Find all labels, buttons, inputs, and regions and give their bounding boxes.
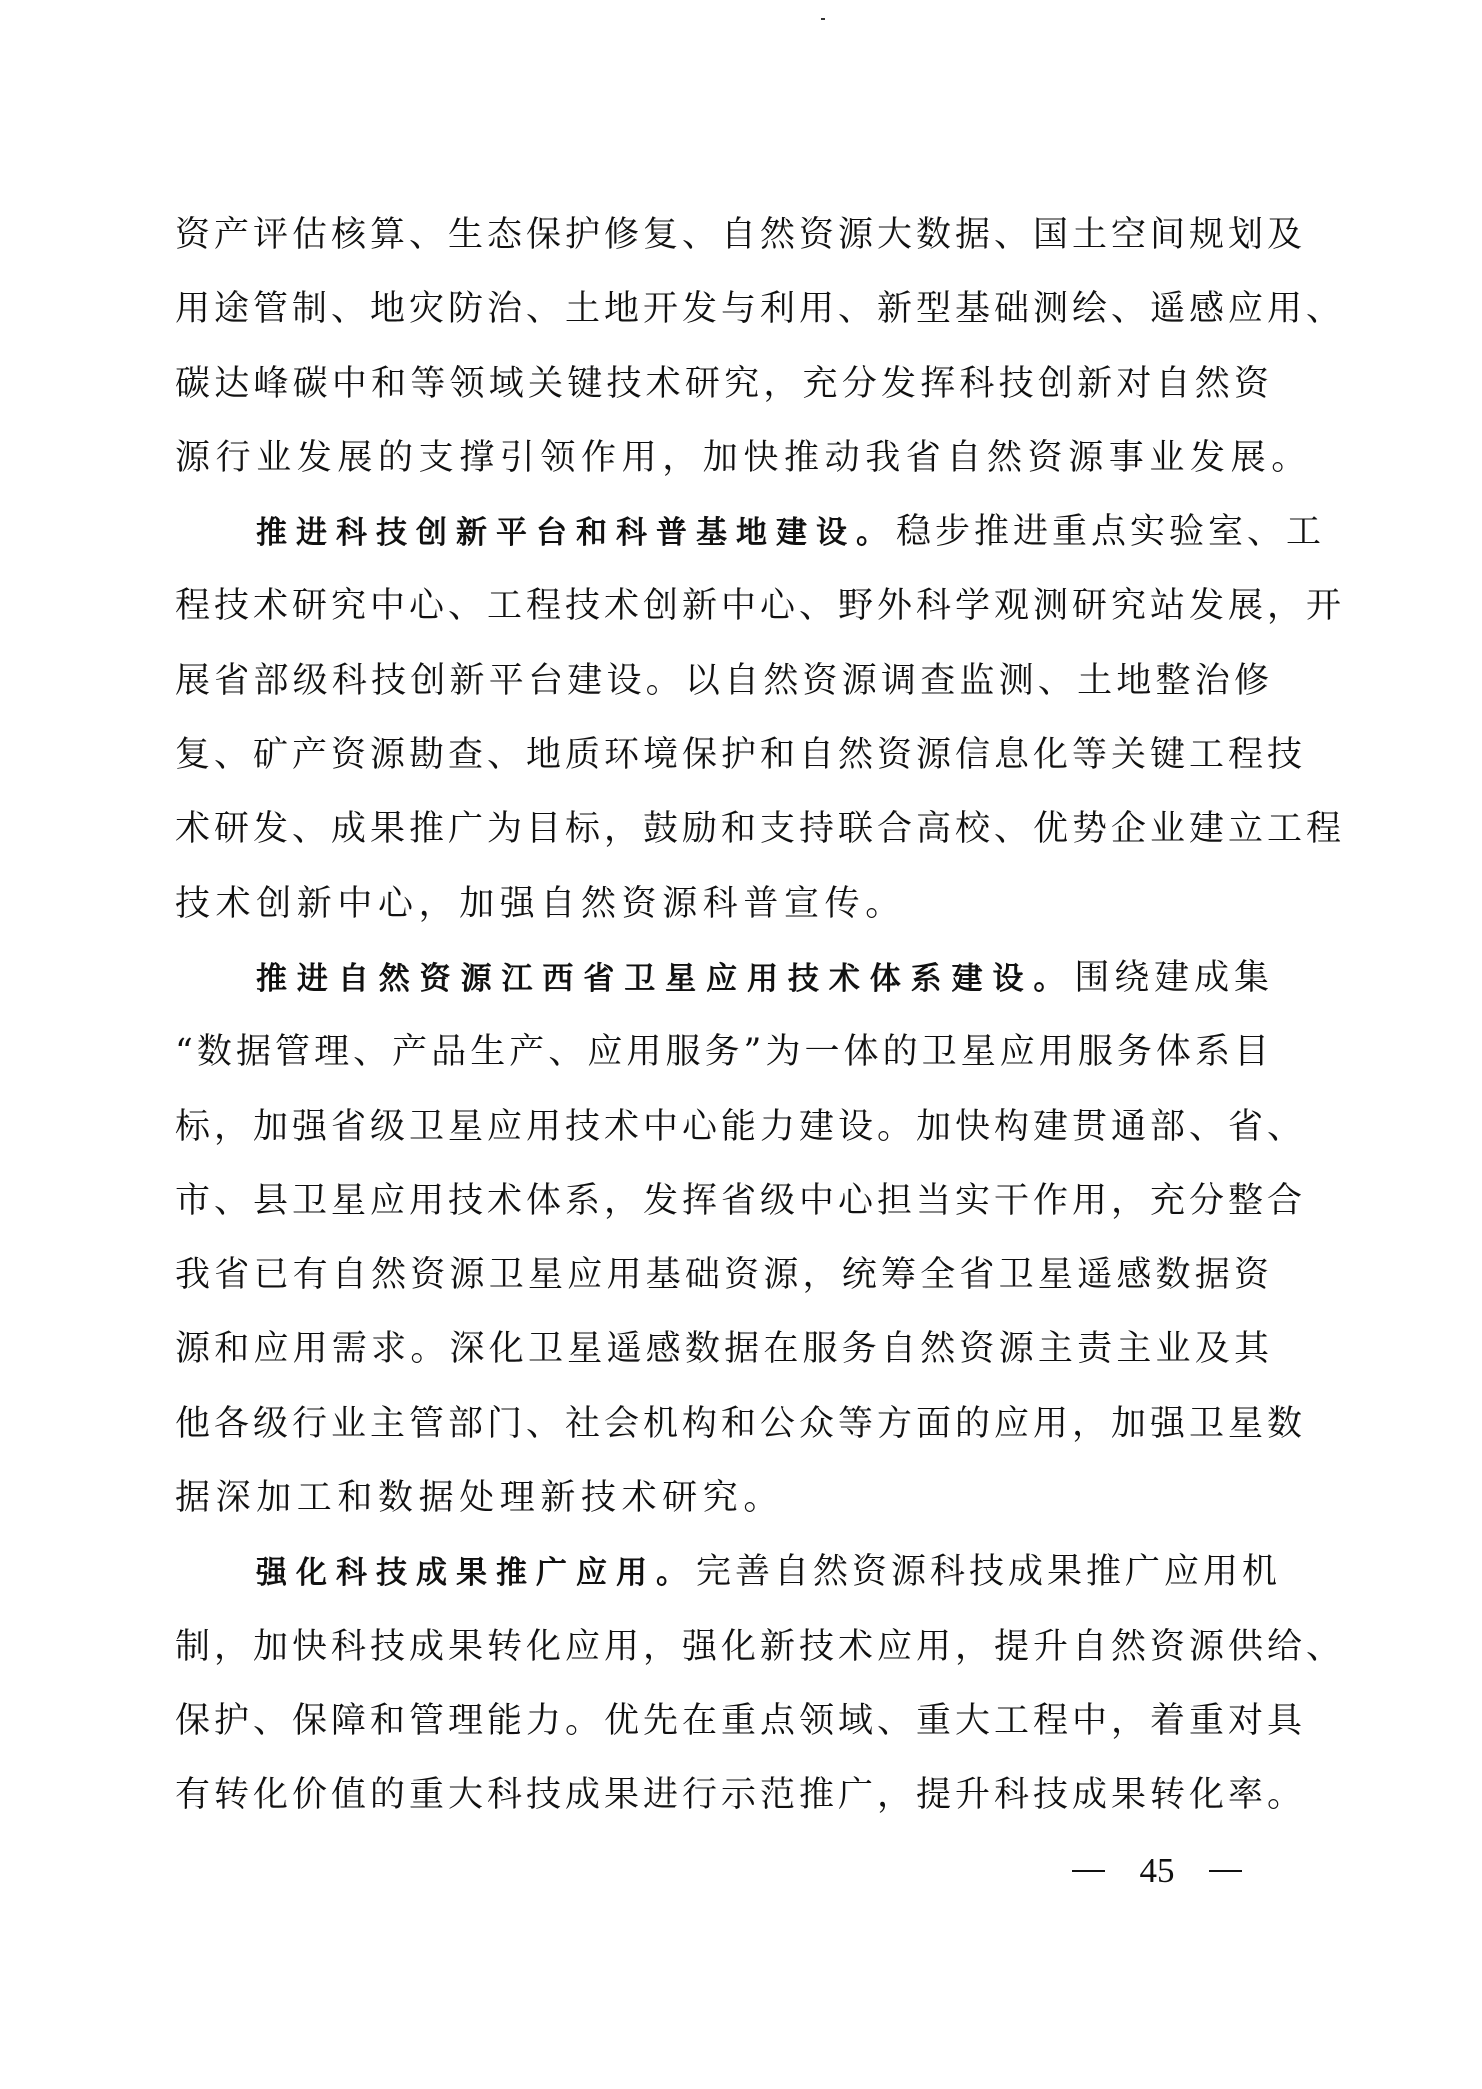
paragraph-innovation-platform: 推进科技创新平台和科普基地建设。稳步推进重点实验室、工 程技术研究中心、工程技术… [175,495,1273,941]
text-line: 技术创新中心，加强自然资源科普宣传。 [175,867,1273,941]
text-line: 源行业发展的支撑引领作用，加快推动我省自然资源事业发展。 [175,421,1273,495]
text-line: 推进科技创新平台和科普基地建设。稳步推进重点实验室、工 [175,495,1273,569]
section-heading: 强化科技成果推广应用。 [256,1555,696,1591]
text-line: “数据管理、产品生产、应用服务”为一体的卫星应用服务体系目 [175,1015,1273,1089]
text-line: 展省部级科技创新平台建设。以自然资源调查监测、土地整治修 [175,644,1273,718]
document-body: 资产评估核算、生态保护修复、自然资源大数据、国土空间规划及 用途管制、地灾防治、… [175,198,1273,1833]
text-line: 资产评估核算、生态保护修复、自然资源大数据、国土空间规划及 [175,198,1273,272]
text-line: 制，加快科技成果转化应用，强化新技术应用，提升自然资源供给、 [175,1610,1273,1684]
text-line: 他各级行业主管部门、社会机构和公众等方面的应用，加强卫星数 [175,1387,1273,1461]
text-run: 完善自然资源科技成果推广应用机 [696,1552,1281,1592]
text-line: 保护、保障和管理能力。优先在重点领域、重大工程中，着重对具 [175,1684,1273,1758]
text-line: 据深加工和数据处理新技术研究。 [175,1461,1273,1535]
text-line: 推进自然资源江西省卫星应用技术体系建设。围绕建成集 [175,941,1273,1015]
text-run: 稳步推进重点实验室、工 [896,512,1325,552]
text-line: 有转化价值的重大科技成果进行示范推广，提升科技成果转化率。 [175,1758,1273,1832]
text-line: 复、矿产资源勘查、地质环境保护和自然资源信息化等关键工程技 [175,718,1273,792]
text-run: 围绕建成集 [1074,958,1273,998]
scan-mark [821,18,825,20]
paragraph-satellite-application: 推进自然资源江西省卫星应用技术体系建设。围绕建成集 “数据管理、产品生产、应用服… [175,941,1273,1535]
text-line: 强化科技成果推广应用。完善自然资源科技成果推广应用机 [175,1535,1273,1609]
page-number: 45 [1072,1846,1242,1896]
text-line: 我省已有自然资源卫星应用基础资源，统筹全省卫星遥感数据资 [175,1238,1273,1312]
section-heading: 推进科技创新平台和科普基地建设。 [256,515,896,551]
text-line: 碳达峰碳中和等领域关键技术研究，充分发挥科技创新对自然资 [175,347,1273,421]
text-line: 源和应用需求。深化卫星遥感数据在服务自然资源主责主业及其 [175,1312,1273,1386]
dash-left [1072,1870,1105,1872]
text-line: 标，加强省级卫星应用技术中心能力建设。加快构建贯通部、省、 [175,1090,1273,1164]
text-line: 程技术研究中心、工程技术创新中心、野外科学观测研究站发展，开 [175,569,1273,643]
paragraph-achievement-promotion: 强化科技成果推广应用。完善自然资源科技成果推广应用机 制，加快科技成果转化应用，… [175,1535,1273,1832]
dash-right [1209,1870,1242,1872]
text-line: 市、县卫星应用技术体系，发挥省级中心担当实干作用，充分整合 [175,1164,1273,1238]
paragraph-continuation: 资产评估核算、生态保护修复、自然资源大数据、国土空间规划及 用途管制、地灾防治、… [175,198,1273,495]
section-heading: 推进自然资源江西省卫星应用技术体系建设。 [256,961,1074,997]
page-number-value: 45 [1140,1851,1175,1891]
text-line: 术研发、成果推广为目标，鼓励和支持联合高校、优势企业建立工程 [175,792,1273,866]
text-line: 用途管制、地灾防治、土地开发与利用、新型基础测绘、遥感应用、 [175,272,1273,346]
